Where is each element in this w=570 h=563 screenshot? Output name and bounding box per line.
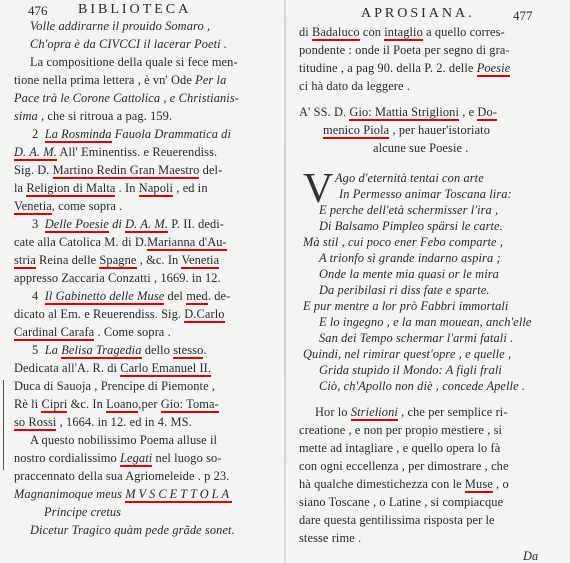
text-line: Venetia, come sopra . (14, 198, 122, 214)
running-head: APROSIANA. (361, 6, 475, 22)
text-line: Pace trà le Corone Cattolica , e Christi… (14, 90, 239, 106)
entry-5: 5 La Belisa Tragedia dello stesso. (32, 342, 207, 358)
text-line: Dedicata all'A. R. di Carlo Emanuel II. (14, 360, 211, 376)
text-line: tione nella prima lettera , è vn' Ode Pe… (14, 72, 226, 88)
text-line: pondente : onde il Poeta per segno di gr… (299, 42, 510, 58)
entry-2: 2 La Rosminda Fauola Drammatica di (32, 126, 231, 142)
text-line: stesse rime . (299, 530, 361, 546)
poem-line: Quindi, nel rimirar quest'opre , e quell… (303, 346, 511, 362)
right-page: APROSIANA. 477 di Badaluco con intaglio … (287, 0, 570, 563)
entry-4: 4 Il Gabinetto delle Muse del med. de- (32, 288, 230, 304)
poem-line: Di Balsamo Pimpleo spärsi le carte. (319, 218, 503, 234)
page-gutter (284, 0, 286, 563)
text-line: dicato al Em. e Reuerendiss. Sig. D.Carl… (14, 306, 225, 322)
poem-line: San dei Tempo schermar l'armi fatali . (319, 330, 513, 346)
text-line: ci hà dato da leggere . (299, 78, 410, 94)
text-line: Duca di Sauoja , Prencipe di Piemonte , (14, 378, 215, 394)
text-line: La compositione della quale si fece men- (30, 54, 238, 70)
text-line: D. A. M. All' Eminentiss. e Reuerendiss. (14, 144, 217, 160)
dedication-line: menico Piola , per hauer'istoriato (323, 122, 490, 138)
entry-3: 3 Delle Poesie di D. A. M. P. II. dedi- (32, 216, 224, 232)
text-line: sima , che si ritroua a pag. 159. (14, 108, 172, 124)
poem-line: E perche dell'età schermisser l'ira , (319, 202, 498, 218)
poem-line: Da peribilasi ri diss fate e sparte. (319, 282, 490, 298)
poem-line: Ciò, ch'Apollo non diè , concede Apelle … (319, 378, 525, 394)
underlined-title: La Rosminda (45, 127, 112, 143)
poem-line: E lo ingegno , e la man mouean, anch'ell… (319, 314, 532, 330)
poem-line: In Permesso animar Toscana lira: (339, 186, 512, 202)
catchword: Da (523, 548, 538, 563)
text-line: di Badaluco con intaglio a quello corres… (299, 24, 505, 40)
text-line: Hor lo Strielioni , che per semplice ri- (315, 404, 508, 420)
poem-line: Grida stupido il Mondo: A figli frali (319, 362, 502, 378)
page-number: 476 (28, 3, 48, 19)
text-line: siano Toscane , o Latine , si compiacque (299, 494, 503, 510)
page-number: 477 (513, 8, 533, 24)
poem-line: Onde la mente mia quasi or le mira (319, 266, 499, 282)
text-line: Volle addirarne il prouido Somaro , (30, 18, 210, 34)
book-spread: 476 BIBLIOTECA Volle addirarne il prouid… (0, 0, 570, 563)
running-head: BIBLIOTECA (78, 2, 191, 18)
dedication-line: alcune sue Poesie . (373, 140, 469, 156)
text-line: cate alla Catolica M. di D.Marianna d'Au… (14, 234, 227, 250)
poem-line: Mà stil , cui poco ener Febo comparte , (303, 234, 503, 250)
text-line: stria Reina delle Spagne , &c. In Veneti… (14, 252, 219, 268)
text-line: Dicetur Tragico quàm pede grãde sonet. (30, 522, 235, 538)
poem-line: Ago d'eternità tentai con arte (335, 170, 484, 186)
text-line: titudine , a pag 90. della P. 2. delle P… (299, 60, 510, 76)
text-line: Principe cretus (44, 504, 121, 520)
text-line: hà qualche dimestichezza con le Muse , o (299, 476, 509, 492)
text-line: Cardinal Carafa . Come sopra . (14, 324, 171, 340)
text-line: Sig. D. Martino Redin Gran Maestro del- (14, 162, 222, 178)
text-line: praccennato della sua Agriomeleide . p 2… (14, 468, 229, 484)
text-line: A questo nobilissimo Poema alluse il (30, 432, 217, 448)
text-line: Ch'opra è da CIVCCI il lacerar Poeti . (30, 36, 227, 52)
left-page: 476 BIBLIOTECA Volle addirarne il prouid… (0, 0, 283, 563)
text-line: la Religion di Malta . In Napoli , ed in (14, 180, 208, 196)
text-line: con ogni eccellenza , per dimostrare , c… (299, 458, 509, 474)
text-line: Magnanimoque meus MVSCETTOLA (14, 486, 232, 502)
text-line: dare questa gentilissima risposta per le (299, 512, 495, 528)
poem-line: E pur mentre a lor prò Fabbri immortali (303, 298, 508, 314)
poem-line: A trionfo sì grande indarno aspira ; (319, 250, 501, 266)
text-line: so Rossi , 1664. in 12. ed in 4. MS. (14, 414, 192, 430)
text-line: appresso Zaccaria Conzatti , 1669. in 12… (14, 270, 221, 286)
dedication-line: A' SS. D. Gio: Mattia Striglioni , e Do- (299, 104, 497, 120)
text-line: creatione , e non per propio mestiere , … (299, 422, 502, 438)
text-line: Rè li Cipri &c. In Loano,per Gio: Toma- (14, 396, 219, 412)
text-line: mette ad intagliare , e quello opera lo … (299, 440, 500, 456)
text-line: nostro cordialissimo Legati nel luogo so… (14, 450, 222, 466)
